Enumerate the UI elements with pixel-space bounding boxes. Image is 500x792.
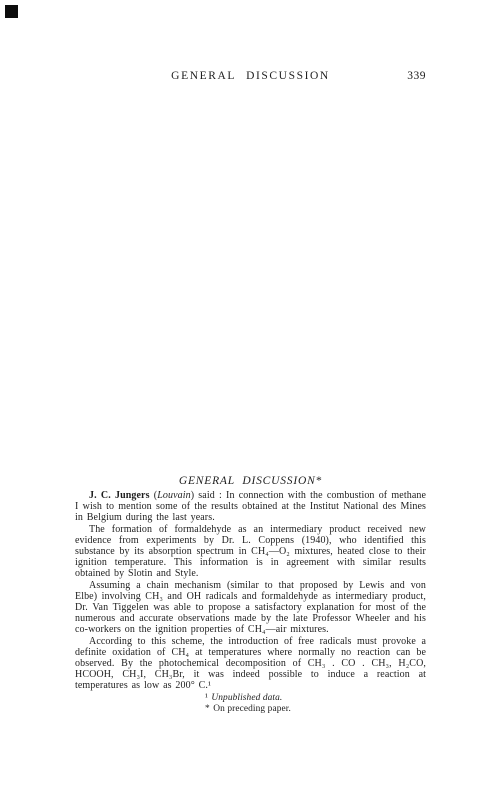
- paragraph-2: The formation of formaldehyde as an inte…: [75, 524, 426, 580]
- running-header-title: GENERAL DISCUSSION: [75, 70, 426, 82]
- running-header: GENERAL DISCUSSION 339: [75, 70, 426, 84]
- footnote-marker: ¹: [205, 693, 208, 703]
- paragraph-3: Assuming a chain mechanism (similar to t…: [75, 580, 426, 636]
- text-segment: The formation of formaldehyde as an inte…: [75, 524, 426, 580]
- section-heading: GENERAL DISCUSSION*: [75, 475, 426, 487]
- paragraph-1: J. C. Jungers (Louvain) said : In connec…: [75, 490, 426, 524]
- scanned-paper-page: GENERAL DISCUSSION 339 GENERAL DISCUSSIO…: [0, 0, 500, 792]
- footnote-text: Unpublished data.: [211, 693, 282, 703]
- scan-corner-mark-icon: [5, 5, 18, 18]
- footnote-text: On preceding paper.: [213, 704, 291, 714]
- text-segment: According to this scheme, the introducti…: [75, 636, 426, 692]
- paragraph-4: According to this scheme, the introducti…: [75, 636, 426, 692]
- speaker-affiliation: Louvain: [157, 490, 190, 501]
- page-number: 339: [407, 70, 426, 82]
- text-segment: Assuming a chain mechanism (similar to t…: [75, 580, 426, 636]
- speaker-name: J. C. Jungers: [89, 490, 150, 501]
- footnote-marker: *: [205, 704, 210, 714]
- footnotes: ¹ Unpublished data. * On preceding paper…: [205, 693, 291, 715]
- footnote-1: ¹ Unpublished data.: [205, 693, 291, 704]
- footnote-2: * On preceding paper.: [205, 704, 291, 715]
- body-text: J. C. Jungers (Louvain) said : In connec…: [75, 490, 426, 692]
